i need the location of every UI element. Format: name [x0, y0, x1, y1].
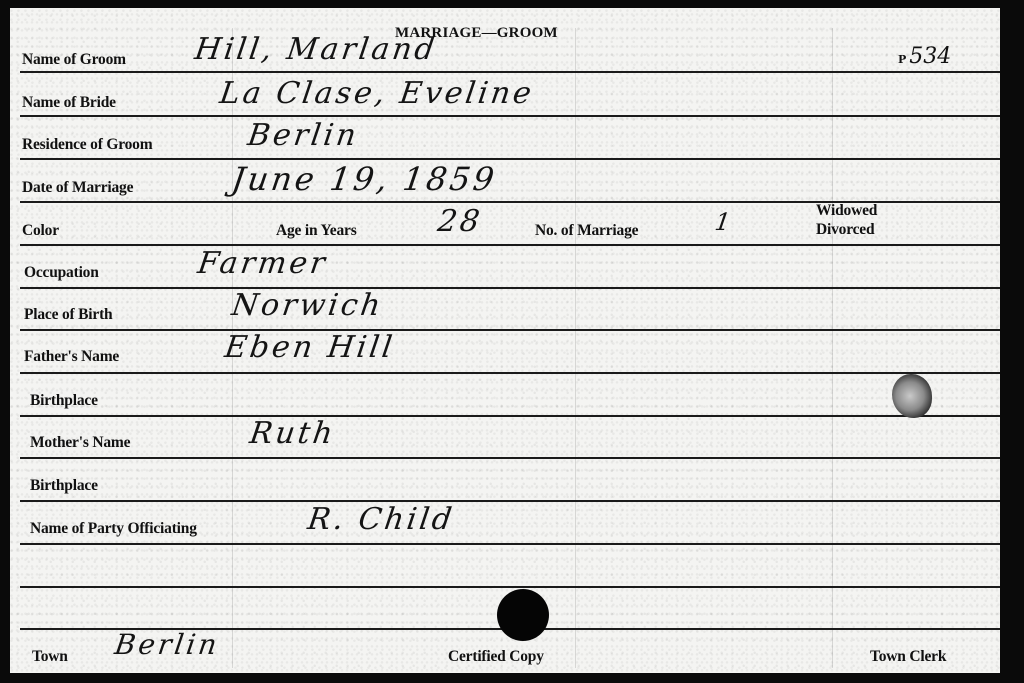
- rule-line: [20, 457, 1000, 459]
- bride-name-label: Name of Bride: [22, 94, 116, 112]
- father-birthplace-label: Birthplace: [30, 392, 98, 410]
- bride-name-value: La Clase, Eveline: [218, 76, 537, 111]
- place-of-birth-value: Norwich: [230, 288, 386, 323]
- rule-line: [20, 372, 1000, 374]
- marriage-number-value: 1: [713, 208, 735, 236]
- rule-line: [20, 115, 1000, 117]
- faint-vertical-line: [832, 28, 833, 668]
- occupation-label: Occupation: [24, 264, 99, 282]
- groom-name-label: Name of Groom: [22, 51, 126, 69]
- rule-line: [20, 244, 1000, 246]
- rule-line: [20, 287, 1000, 289]
- marriage-number-label: No. of Marriage: [535, 222, 638, 240]
- page-number: P534: [898, 44, 951, 69]
- widowed-label: Widowed: [816, 202, 877, 220]
- marriage-date-value: June 19, 1859: [229, 160, 499, 198]
- rule-line: [20, 71, 1000, 73]
- town-label: Town: [32, 648, 68, 666]
- rule-line: [20, 543, 1000, 545]
- rule-line: [20, 500, 1000, 502]
- mother-name-value: Ruth: [248, 416, 338, 451]
- father-name-label: Father's Name: [24, 348, 119, 366]
- town-value: Berlin: [113, 628, 222, 661]
- father-name-value: Eben Hill: [223, 330, 398, 365]
- groom-residence-label: Residence of Groom: [22, 136, 152, 154]
- certified-copy-label: Certified Copy: [448, 648, 544, 666]
- rule-line: [20, 329, 1000, 331]
- occupation-value: Farmer: [196, 246, 330, 281]
- place-of-birth-label: Place of Birth: [24, 306, 112, 324]
- divorced-label: Divorced: [816, 221, 874, 239]
- marriage-record-card: MARRIAGE—GROOM P534 Name of Groom Hill, …: [10, 8, 1000, 673]
- page-prefix: P: [898, 53, 906, 66]
- ink-blot: [892, 374, 932, 418]
- rule-line: [20, 415, 1000, 417]
- officiant-label: Name of Party Officiating: [30, 520, 197, 538]
- color-label: Color: [22, 222, 59, 240]
- faint-vertical-line: [575, 28, 576, 668]
- groom-name-value: Hill, Marland: [193, 32, 440, 67]
- mother-name-label: Mother's Name: [30, 434, 130, 452]
- rule-line: [20, 586, 1000, 588]
- page-number-value: 534: [909, 44, 951, 69]
- age-label: Age in Years: [276, 222, 357, 240]
- rule-line: [20, 158, 1000, 160]
- punch-hole: [497, 589, 549, 641]
- age-value: 28: [436, 204, 485, 239]
- marriage-date-label: Date of Marriage: [22, 179, 133, 197]
- groom-residence-value: Berlin: [246, 118, 362, 153]
- mother-birthplace-label: Birthplace: [30, 477, 98, 495]
- town-clerk-label: Town Clerk: [870, 648, 946, 666]
- officiant-value: R. Child: [306, 502, 457, 537]
